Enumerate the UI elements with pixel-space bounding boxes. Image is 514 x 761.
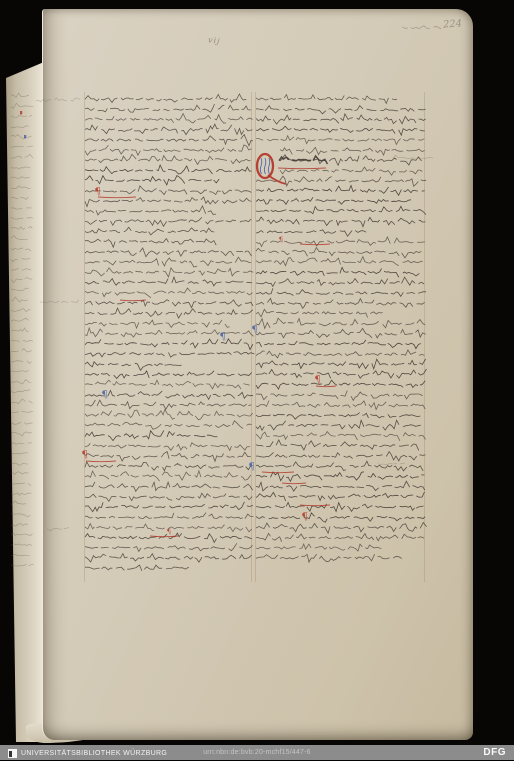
manuscript-page <box>42 9 473 740</box>
facing-page-edge <box>6 62 44 742</box>
dfg-logo: DFG <box>483 745 506 761</box>
footer-bar: UNIVERSITÄTSBIBLIOTHEK WÜRZBURG urn:nbn:… <box>0 745 514 761</box>
manuscript-photo: ¶¶¶¶¶¶¶¶¶¶ vij 224 <box>0 0 514 761</box>
urn-label: urn:nbn:de:bvb:20-mchf15/447-6 <box>0 745 514 761</box>
folio-pencil-number: 224 <box>443 18 463 30</box>
quire-mark: vij <box>207 35 221 45</box>
